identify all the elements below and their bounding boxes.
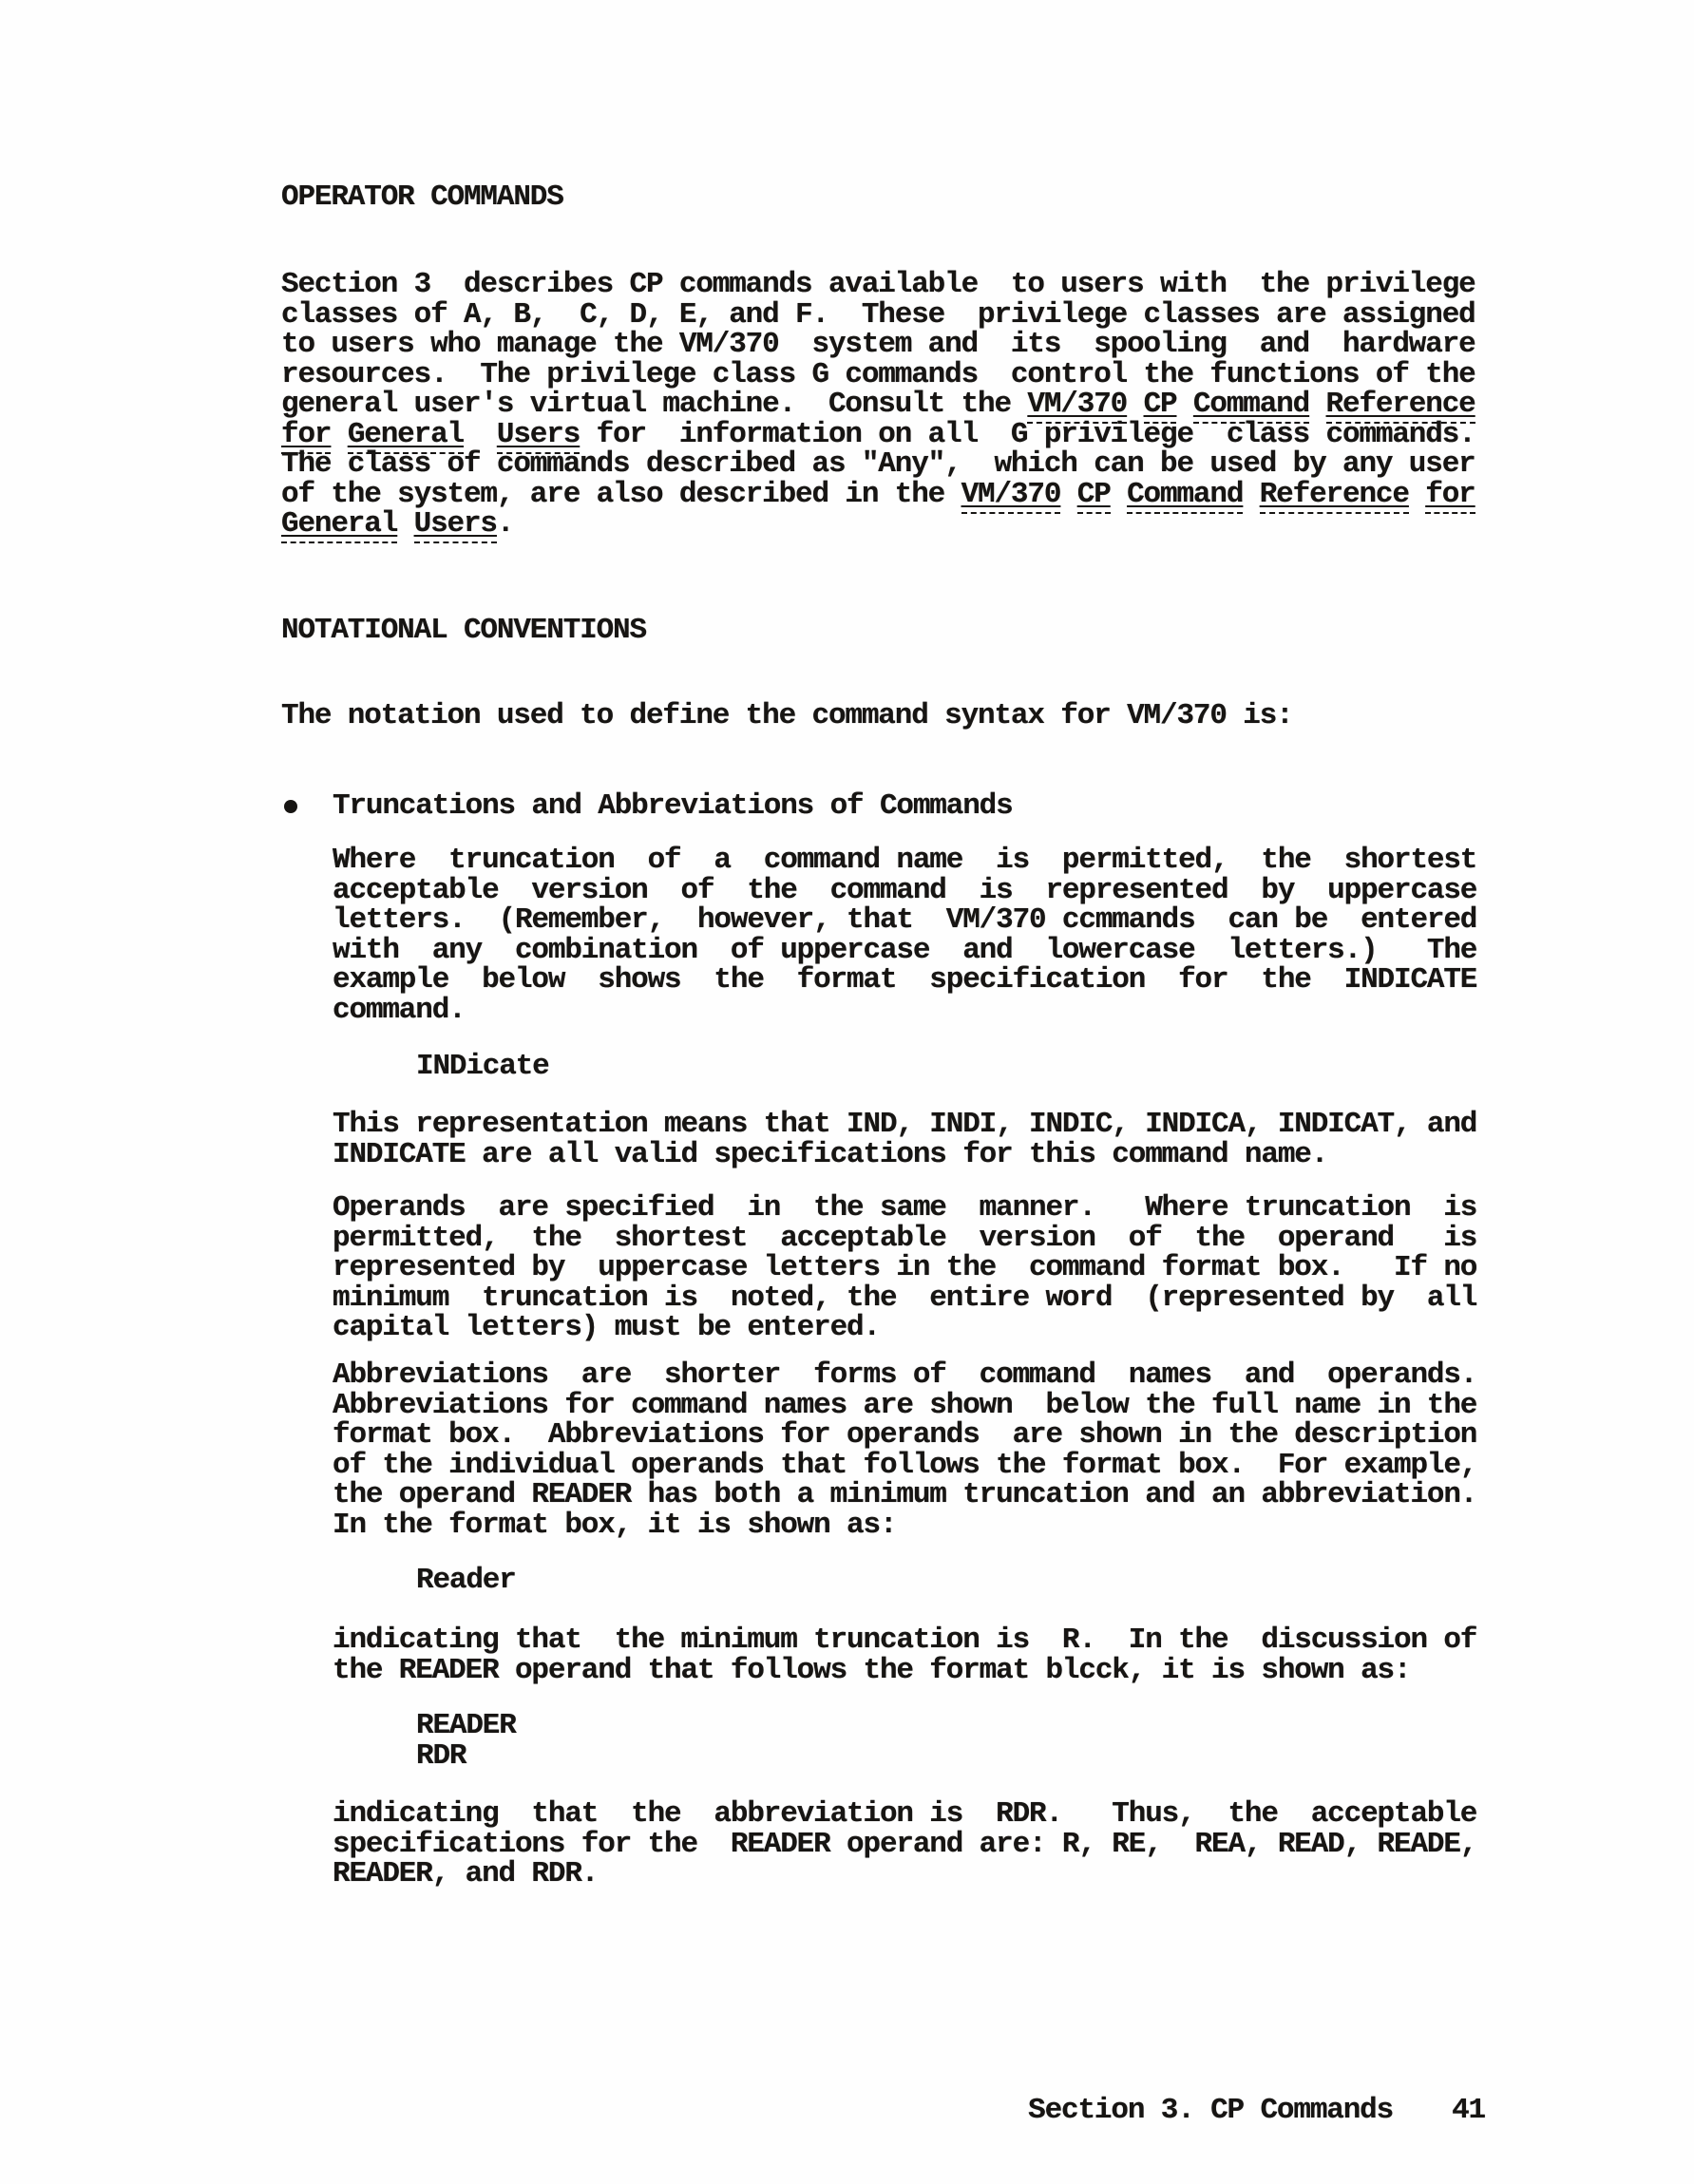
example-indicate: INDicate: [416, 1052, 549, 1082]
underlined-text: Reference: [1260, 478, 1409, 514]
text-line: indicating that the minimum truncation i…: [333, 1625, 1476, 1656]
operands-paragraph: Operands are specified in the same manne…: [333, 1193, 1476, 1343]
page-number: 41: [1452, 2096, 1485, 2126]
text-line: example below shows the format specifica…: [333, 965, 1476, 996]
underlined-text: VM/370: [961, 478, 1061, 514]
text-line: This representation means that IND, INDI…: [333, 1110, 1476, 1140]
bullet-label: Truncations and Abbreviations of Command…: [333, 791, 1013, 822]
reader-discussion-paragraph: indicating that the minimum truncation i…: [333, 1625, 1476, 1685]
section-heading-notational-conventions: NOTATIONAL CONVENTIONS: [281, 616, 646, 646]
footer-section-label: Section 3. CP Commands: [1028, 2096, 1393, 2126]
text-line: RDR: [416, 1741, 516, 1772]
text-line: General Users.: [281, 509, 1475, 540]
truncation-paragraph: Where truncation of a command name is pe…: [333, 845, 1476, 1025]
example-reader-forms: READERRDR: [416, 1711, 516, 1771]
text-line: minimum truncation is noted, the entire …: [333, 1283, 1476, 1314]
underlined-text: Command: [1127, 478, 1243, 514]
intro-paragraph: Section 3 describes CP commands availabl…: [281, 270, 1475, 540]
abbreviations-paragraph: Abbreviations are shorter forms of comma…: [333, 1360, 1476, 1540]
text-line: In the format box, it is shown as:: [333, 1510, 1476, 1541]
text-line: resources. The privilege class G command…: [281, 360, 1475, 390]
text-line: of the individual operands that follows …: [333, 1451, 1476, 1481]
bullet-item: Truncations and Abbreviations of Command…: [281, 791, 1478, 822]
text-line: READER, and RDR.: [333, 1859, 1476, 1890]
text-line: Section 3 describes CP commands availabl…: [281, 270, 1475, 300]
text-line: of the system, are also described in the…: [281, 480, 1475, 510]
underlined-text: CP: [1077, 478, 1111, 514]
text-line: command.: [333, 996, 1476, 1026]
text-line: permitted, the shortest acceptable versi…: [333, 1224, 1476, 1254]
text-line: the operand READER has both a minimum tr…: [333, 1480, 1476, 1510]
text-line: Abbreviations are shorter forms of comma…: [333, 1360, 1476, 1391]
text-line: READER: [416, 1711, 516, 1741]
text-line: specifications for the READER operand ar…: [333, 1830, 1476, 1860]
document-page: OPERATOR COMMANDS Section 3 describes CP…: [0, 0, 1694, 2184]
text-line: Abbreviations for command names are show…: [333, 1391, 1476, 1421]
text-line: acceptable version of the command is rep…: [333, 876, 1476, 906]
text-line: classes of A, B, C, D, E, and F. These p…: [281, 300, 1475, 331]
text-line: general user's virtual machine. Consult …: [281, 389, 1475, 420]
text-line: the READER operand that follows the form…: [333, 1656, 1476, 1686]
page-heading: OPERATOR COMMANDS: [281, 182, 563, 213]
abbreviation-summary-paragraph: indicating that the abbreviation is RDR.…: [333, 1799, 1476, 1890]
text-line: to users who manage the VM/370 system an…: [281, 330, 1475, 360]
example-reader: Reader: [416, 1566, 516, 1596]
text-line: Operands are specified in the same manne…: [333, 1193, 1476, 1224]
text-line: with any combination of uppercase and lo…: [333, 936, 1476, 966]
underlined-text: Users: [414, 507, 497, 543]
notation-intro-line: The notation used to define the command …: [281, 701, 1293, 731]
underlined-text: General: [281, 507, 397, 543]
text-line: format box. Abbreviations for operands a…: [333, 1420, 1476, 1451]
underlined-text: for: [1425, 478, 1475, 514]
text-line: Where truncation of a command name is pe…: [333, 845, 1476, 876]
text-line: INDICATE are all valid specifications fo…: [333, 1140, 1476, 1170]
page-footer: Section 3. CP Commands 41: [1028, 2096, 1485, 2126]
bullet-icon: [284, 800, 297, 813]
text-line: for General Users for information on all…: [281, 420, 1475, 450]
text-line: indicating that the abbreviation is RDR.…: [333, 1799, 1476, 1830]
representation-paragraph: This representation means that IND, INDI…: [333, 1110, 1476, 1169]
text-line: capital letters) must be entered.: [333, 1313, 1476, 1343]
text-line: letters. (Remember, however, that VM/370…: [333, 905, 1476, 936]
text-line: represented by uppercase letters in the …: [333, 1253, 1476, 1283]
text-line: The class of commands described as "Any"…: [281, 449, 1475, 480]
